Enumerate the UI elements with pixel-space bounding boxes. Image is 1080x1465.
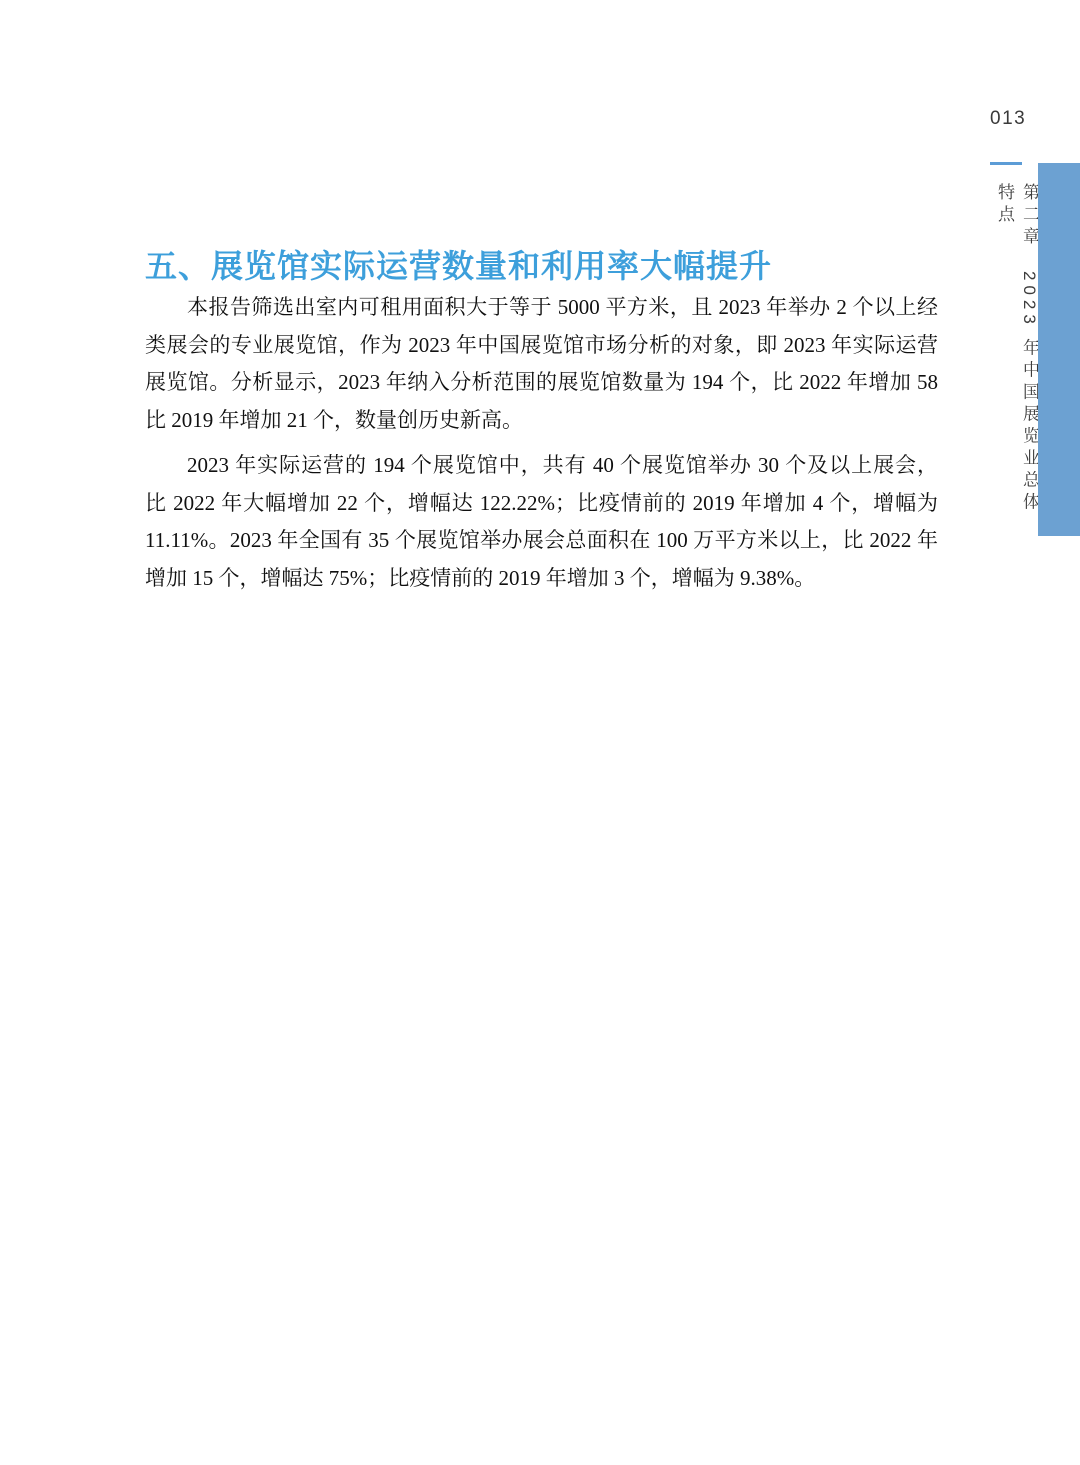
paragraph-line: 11.11%。2023 年全国有 35 个展览馆举办展会总面积在 100 万平方… — [145, 522, 938, 560]
paragraph: 本报告筛选出室内可租用面积大于等于 5000 平方米，且 2023 年举办 2 … — [145, 289, 938, 439]
paragraph-line: 比 2019 年增加 21 个，数量创历史新高。 — [145, 402, 938, 440]
page-number-rule — [990, 162, 1022, 165]
chapter-sidebar-label: 第二章 2023 年中国展览业总体特点 — [992, 183, 1042, 533]
document-page: 013 第二章 2023 年中国展览业总体特点 五、展览馆实际运营数量和利用率大… — [0, 0, 1080, 1465]
paragraph-line: 比 2022 年大幅增加 22 个，增幅达 122.22%；比疫情前的 2019… — [145, 485, 938, 523]
paragraph-line: 展览馆。分析显示，2023 年纳入分析范围的展览馆数量为 194 个，比 202… — [145, 364, 938, 402]
body-text: 本报告筛选出室内可租用面积大于等于 5000 平方米，且 2023 年举办 2 … — [145, 289, 938, 597]
paragraph: 2023 年实际运营的 194 个展览馆中，共有 40 个展览馆举办 30 个及… — [145, 447, 938, 597]
paragraph-line: 本报告筛选出室内可租用面积大于等于 5000 平方米，且 2023 年举办 2 … — [145, 289, 938, 327]
section-heading: 五、展览馆实际运营数量和利用率大幅提升 — [145, 241, 945, 287]
paragraph-line: 类展会的专业展览馆，作为 2023 年中国展览馆市场分析的对象，即 2023 年… — [145, 327, 938, 365]
paragraph-line: 2023 年实际运营的 194 个展览馆中，共有 40 个展览馆举办 30 个及… — [145, 447, 938, 485]
paragraph-line: 增加 15 个，增幅达 75%；比疫情前的 2019 年增加 3 个，增幅为 9… — [145, 560, 938, 598]
sidebar-accent-bar — [1038, 163, 1080, 536]
page-number: 013 — [990, 108, 1026, 130]
